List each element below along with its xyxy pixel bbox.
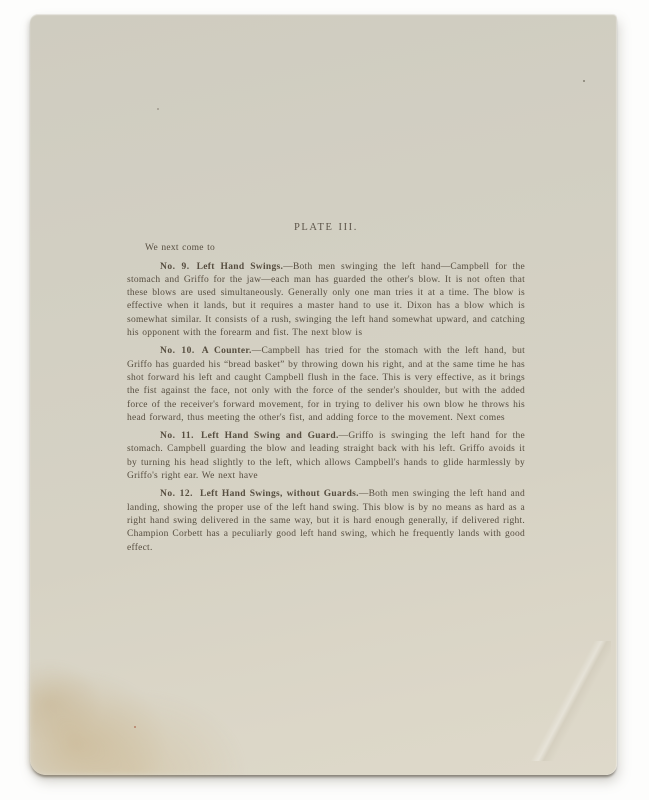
- paper-stain: [30, 595, 280, 775]
- paragraph-heading: A Counter.: [202, 346, 252, 356]
- paragraph-no-9: No. 9.Left Hand Swings.—Both men swingin…: [127, 261, 525, 341]
- paragraph-body: —Campbell has tried for the stomach with…: [127, 346, 525, 422]
- paragraph-no-10: No. 10.A Counter.—Campbell has tried for…: [127, 345, 525, 425]
- intro-line: We next come to: [127, 242, 525, 255]
- paper-speck: [157, 108, 159, 110]
- paragraph-number: No. 12.: [160, 489, 193, 499]
- paper-speck: [583, 80, 585, 82]
- paper-speck: [134, 726, 136, 728]
- paper-crease: [531, 641, 611, 761]
- paragraph-no-12: No. 12.Left Hand Swings, without Guards.…: [127, 488, 525, 554]
- paragraph-heading: Left Hand Swings.: [197, 262, 284, 272]
- paper-page: PLATE III. We next come to No. 9.Left Ha…: [30, 14, 617, 775]
- paragraph-number: No. 9.: [160, 262, 190, 272]
- paragraph-number: No. 11.: [160, 431, 194, 441]
- printed-text-block: PLATE III. We next come to No. 9.Left Ha…: [127, 221, 525, 555]
- page-title: PLATE III.: [127, 221, 525, 234]
- paragraph-heading: Left Hand Swings, without Guards.: [200, 489, 359, 499]
- paragraph-number: No. 10.: [160, 346, 195, 356]
- paragraph-heading: Left Hand Swing and Guard.: [201, 431, 339, 441]
- photo-background: PLATE III. We next come to No. 9.Left Ha…: [0, 0, 649, 800]
- paragraph-body: —Both men swinging the left hand—Campbel…: [127, 262, 525, 338]
- paragraph-no-11: No. 11.Left Hand Swing and Guard.—Griffo…: [127, 430, 525, 483]
